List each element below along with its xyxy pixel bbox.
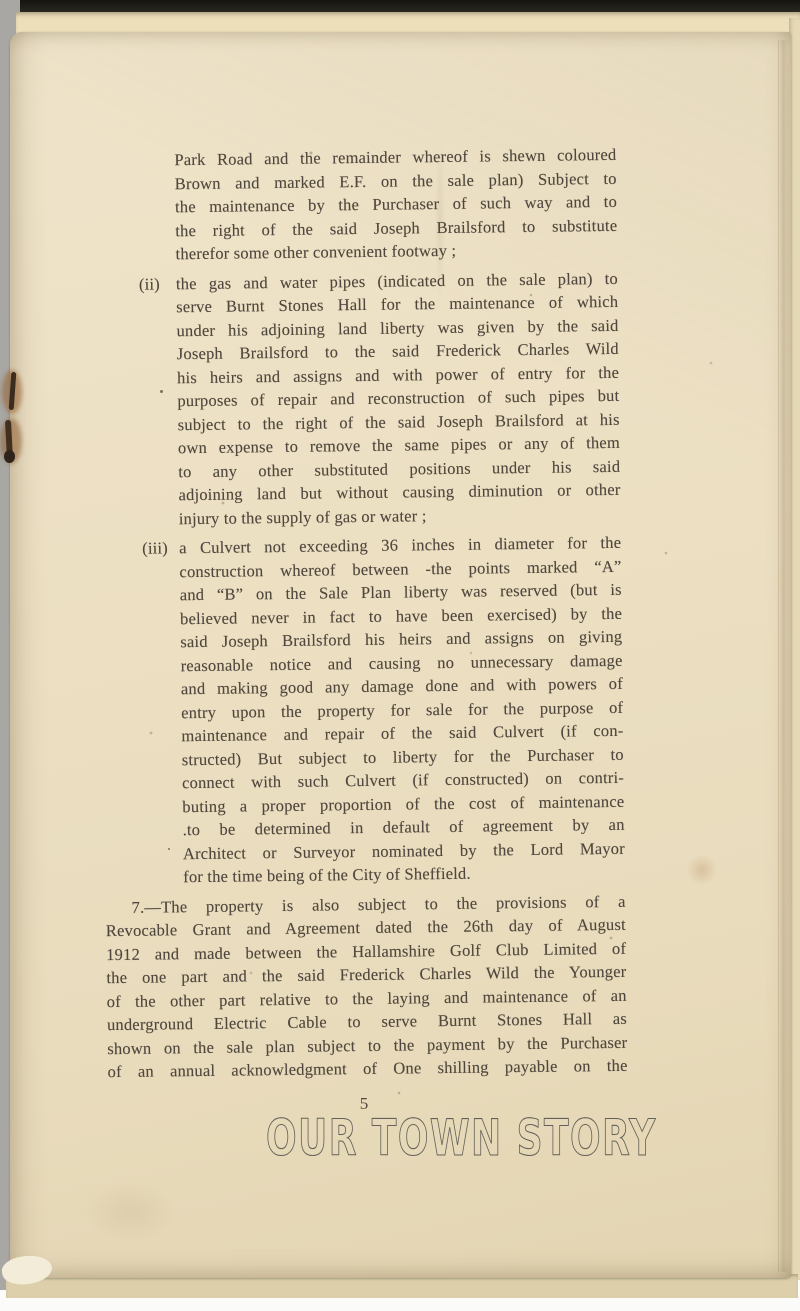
scanned-document-photo: Park Road and the remainder whereof is s… (0, 0, 800, 1311)
legal-text-block: Park Road and the remainder whereof is s… (96, 143, 627, 1084)
stray-ink-dot (168, 848, 170, 850)
text-line: therefor some other convenient footway ; (175, 237, 617, 266)
paragraph: (ii)the gas and water pipes (indicated o… (176, 266, 621, 530)
paragraph: (iii)a Culvert not exceeding 36 inches i… (179, 531, 625, 889)
staple-rust-mark (2, 368, 24, 416)
rust-blob (4, 450, 15, 463)
item-marker: (ii) (139, 272, 160, 296)
page-crease (778, 40, 791, 1272)
watermark-our-town-story: OUR TOWN STORY (266, 1112, 657, 1164)
paragraph: 7.—The property is also subject to the p… (105, 889, 627, 1083)
document-page: Park Road and the remainder whereof is s… (10, 32, 791, 1278)
stray-ink-dot (160, 390, 163, 393)
paragraph: Park Road and the remainder whereof is s… (174, 143, 617, 266)
item-marker: (iii) (142, 536, 168, 560)
text-line: injury to the supply of gas or water ; (179, 501, 621, 530)
text-line: of an annual acknowledgment of One shill… (107, 1054, 627, 1084)
staple-rust-mark (0, 418, 24, 466)
text-line: for the time being of the City of Sheffi… (183, 860, 625, 889)
